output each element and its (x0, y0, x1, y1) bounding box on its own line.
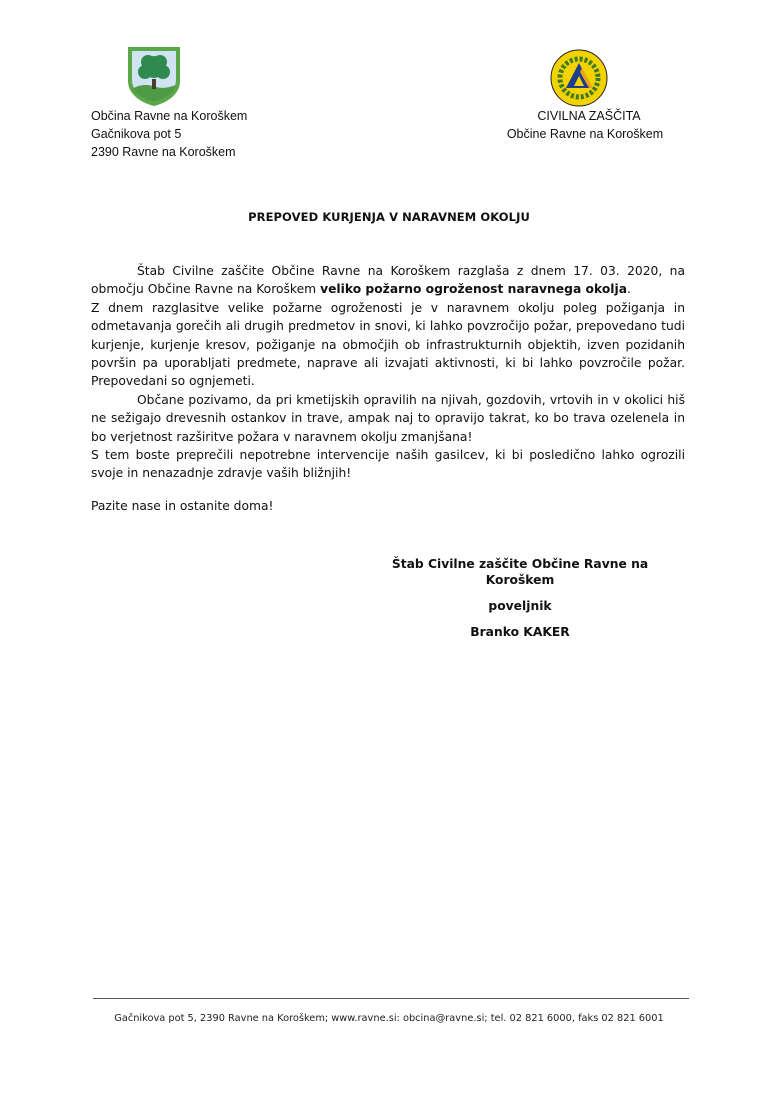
document-body: Štab Civilne zaščite Občine Ravne na Kor… (91, 262, 685, 483)
footer-contact: Gačnikova pot 5, 2390 Ravne na Koroškem;… (0, 1013, 778, 1024)
sender-city: 2390 Ravne na Koroškem (91, 143, 247, 161)
municipality-coat-of-arms-icon (126, 45, 182, 107)
paragraph-declaration: Štab Civilne zaščite Občine Ravne na Kor… (91, 262, 685, 299)
sender-address: Občina Ravne na Koroškem Gačnikova pot 5… (91, 107, 247, 161)
civil-protection-title: CIVILNA ZAŠČITA (480, 107, 690, 125)
document-title: PREPOVED KURJENJA V NARAVNEM OKOLJU (0, 210, 778, 224)
civil-protection-emblem-icon (546, 48, 612, 108)
paragraph-consequences: S tem boste preprečili nepotrebne interv… (91, 446, 685, 483)
signature-org: Štab Civilne zaščite Občine Ravne na Kor… (370, 556, 670, 588)
civil-protection-org: CIVILNA ZAŠČITA Občine Ravne na Koroškem (480, 107, 690, 143)
document-page: Občina Ravne na Koroškem Gačnikova pot 5… (0, 0, 778, 1100)
paragraph-appeal: Občane pozivamo, da pri kmetijskih oprav… (91, 391, 685, 446)
signature-name: Branko KAKER (370, 624, 670, 640)
declaration-bold-text: veliko požarno ogroženost naravnega okol… (320, 282, 627, 296)
declaration-end: . (627, 282, 631, 296)
civil-protection-municipality: Občine Ravne na Koroškem (480, 125, 690, 143)
sender-name: Občina Ravne na Koroškem (91, 107, 247, 125)
signature-role: poveljnik (370, 598, 670, 614)
closing-line: Pazite nase in ostanite doma! (91, 499, 273, 513)
footer-divider (93, 998, 689, 999)
signature-block: Štab Civilne zaščite Občine Ravne na Kor… (370, 556, 670, 640)
paragraph-prohibitions: Z dnem razglasitve velike požarne ogrože… (91, 299, 685, 391)
sender-street: Gačnikova pot 5 (91, 125, 247, 143)
